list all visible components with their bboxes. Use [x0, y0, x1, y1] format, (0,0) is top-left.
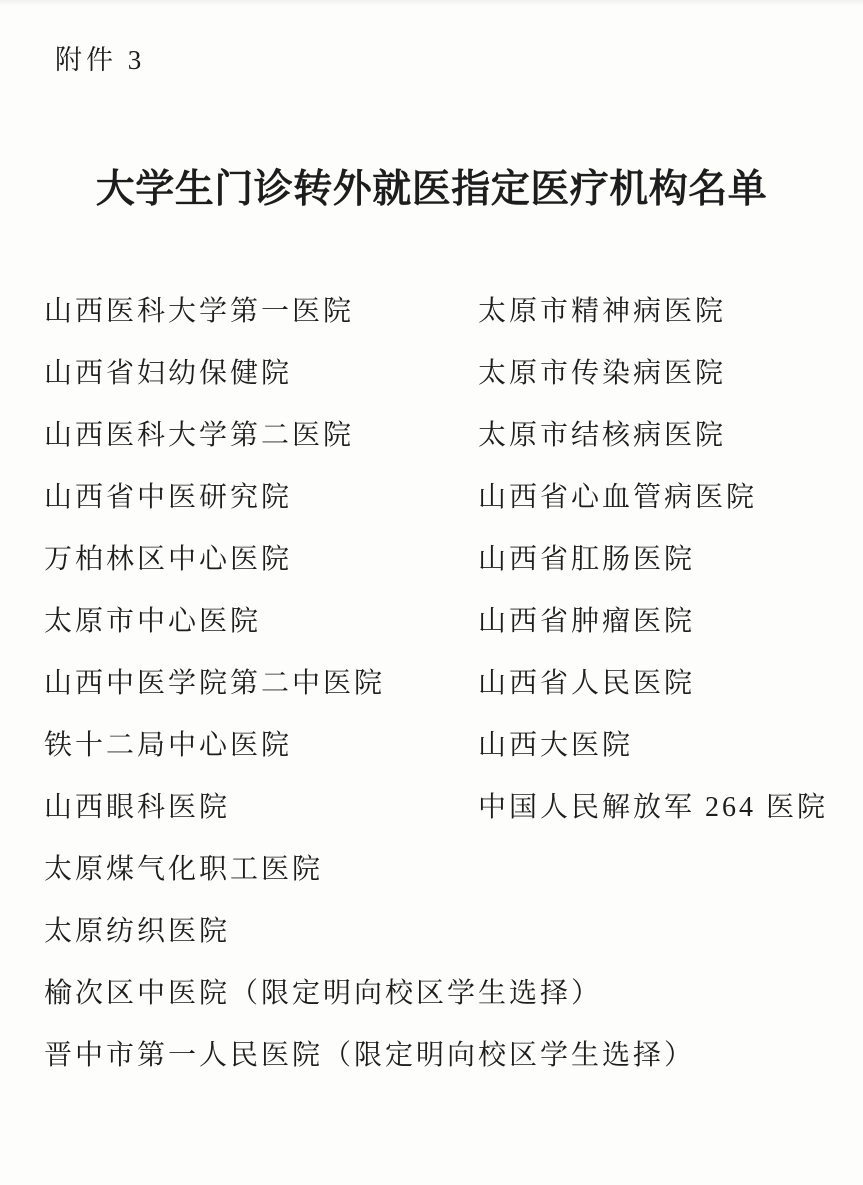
hospital-name: 万柏林区中心医院 [44, 544, 292, 575]
hospital-name: 山西省肿瘤医院 [478, 606, 695, 637]
list-row: 晋中市第一人民医院（限定明向校区学生选择） [44, 1022, 843, 1084]
hospital-name: 太原煤气化职工医院 [44, 854, 323, 885]
hospital-name: 榆次区中医院（限定明向校区学生选择） [44, 978, 602, 1009]
list-row: 万柏林区中心医院 山西省肛肠医院 [44, 526, 843, 588]
scanned-document-page: 附件 3 大学生门诊转外就医指定医疗机构名单 山西医科大学第一医院 太原市精神病… [0, 0, 863, 1185]
list-row: 山西眼科医院 中国人民解放军 264 医院 [44, 774, 843, 836]
list-row: 铁十二局中心医院 山西大医院 [44, 712, 843, 774]
list-row: 太原纺织医院 [44, 898, 843, 960]
hospital-name: 太原纺织医院 [44, 916, 230, 947]
hospital-list: 山西医科大学第一医院 太原市精神病医院 山西省妇幼保健院 太原市传染病医院 山西… [44, 278, 843, 1084]
hospital-name: 太原市精神病医院 [478, 296, 726, 327]
list-row: 山西医科大学第二医院 太原市结核病医院 [44, 402, 843, 464]
list-row: 山西省妇幼保健院 太原市传染病医院 [44, 340, 843, 402]
list-row: 太原市中心医院 山西省肿瘤医院 [44, 588, 843, 650]
hospital-name: 山西医科大学第一医院 [44, 296, 354, 327]
hospital-name: 太原市结核病医院 [478, 420, 726, 451]
hospital-name: 山西省肛肠医院 [478, 544, 695, 575]
hospital-name: 晋中市第一人民医院（限定明向校区学生选择） [44, 1040, 695, 1071]
hospital-name: 山西大医院 [478, 730, 633, 761]
attachment-label: 附件 3 [55, 38, 145, 77]
hospital-name: 山西省中医研究院 [44, 482, 292, 513]
hospital-name: 山西省妇幼保健院 [44, 358, 292, 389]
hospital-name: 中国人民解放军 264 医院 [478, 792, 828, 823]
hospital-name: 铁十二局中心医院 [44, 730, 292, 761]
hospital-name: 山西省人民医院 [478, 668, 695, 699]
list-row: 太原煤气化职工医院 [44, 836, 843, 898]
hospital-name: 太原市中心医院 [44, 606, 261, 637]
list-row: 山西省中医研究院 山西省心血管病医院 [44, 464, 843, 526]
hospital-name: 山西省心血管病医院 [478, 482, 757, 513]
hospital-name: 山西眼科医院 [44, 792, 230, 823]
list-row: 山西中医学院第二中医院 山西省人民医院 [44, 650, 843, 712]
hospital-name: 山西中医学院第二中医院 [44, 668, 385, 699]
page-title: 大学生门诊转外就医指定医疗机构名单 [0, 158, 863, 214]
hospital-name: 太原市传染病医院 [478, 358, 726, 389]
list-row: 榆次区中医院（限定明向校区学生选择） [44, 960, 843, 1022]
list-row: 山西医科大学第一医院 太原市精神病医院 [44, 278, 843, 340]
hospital-name: 山西医科大学第二医院 [44, 420, 354, 451]
